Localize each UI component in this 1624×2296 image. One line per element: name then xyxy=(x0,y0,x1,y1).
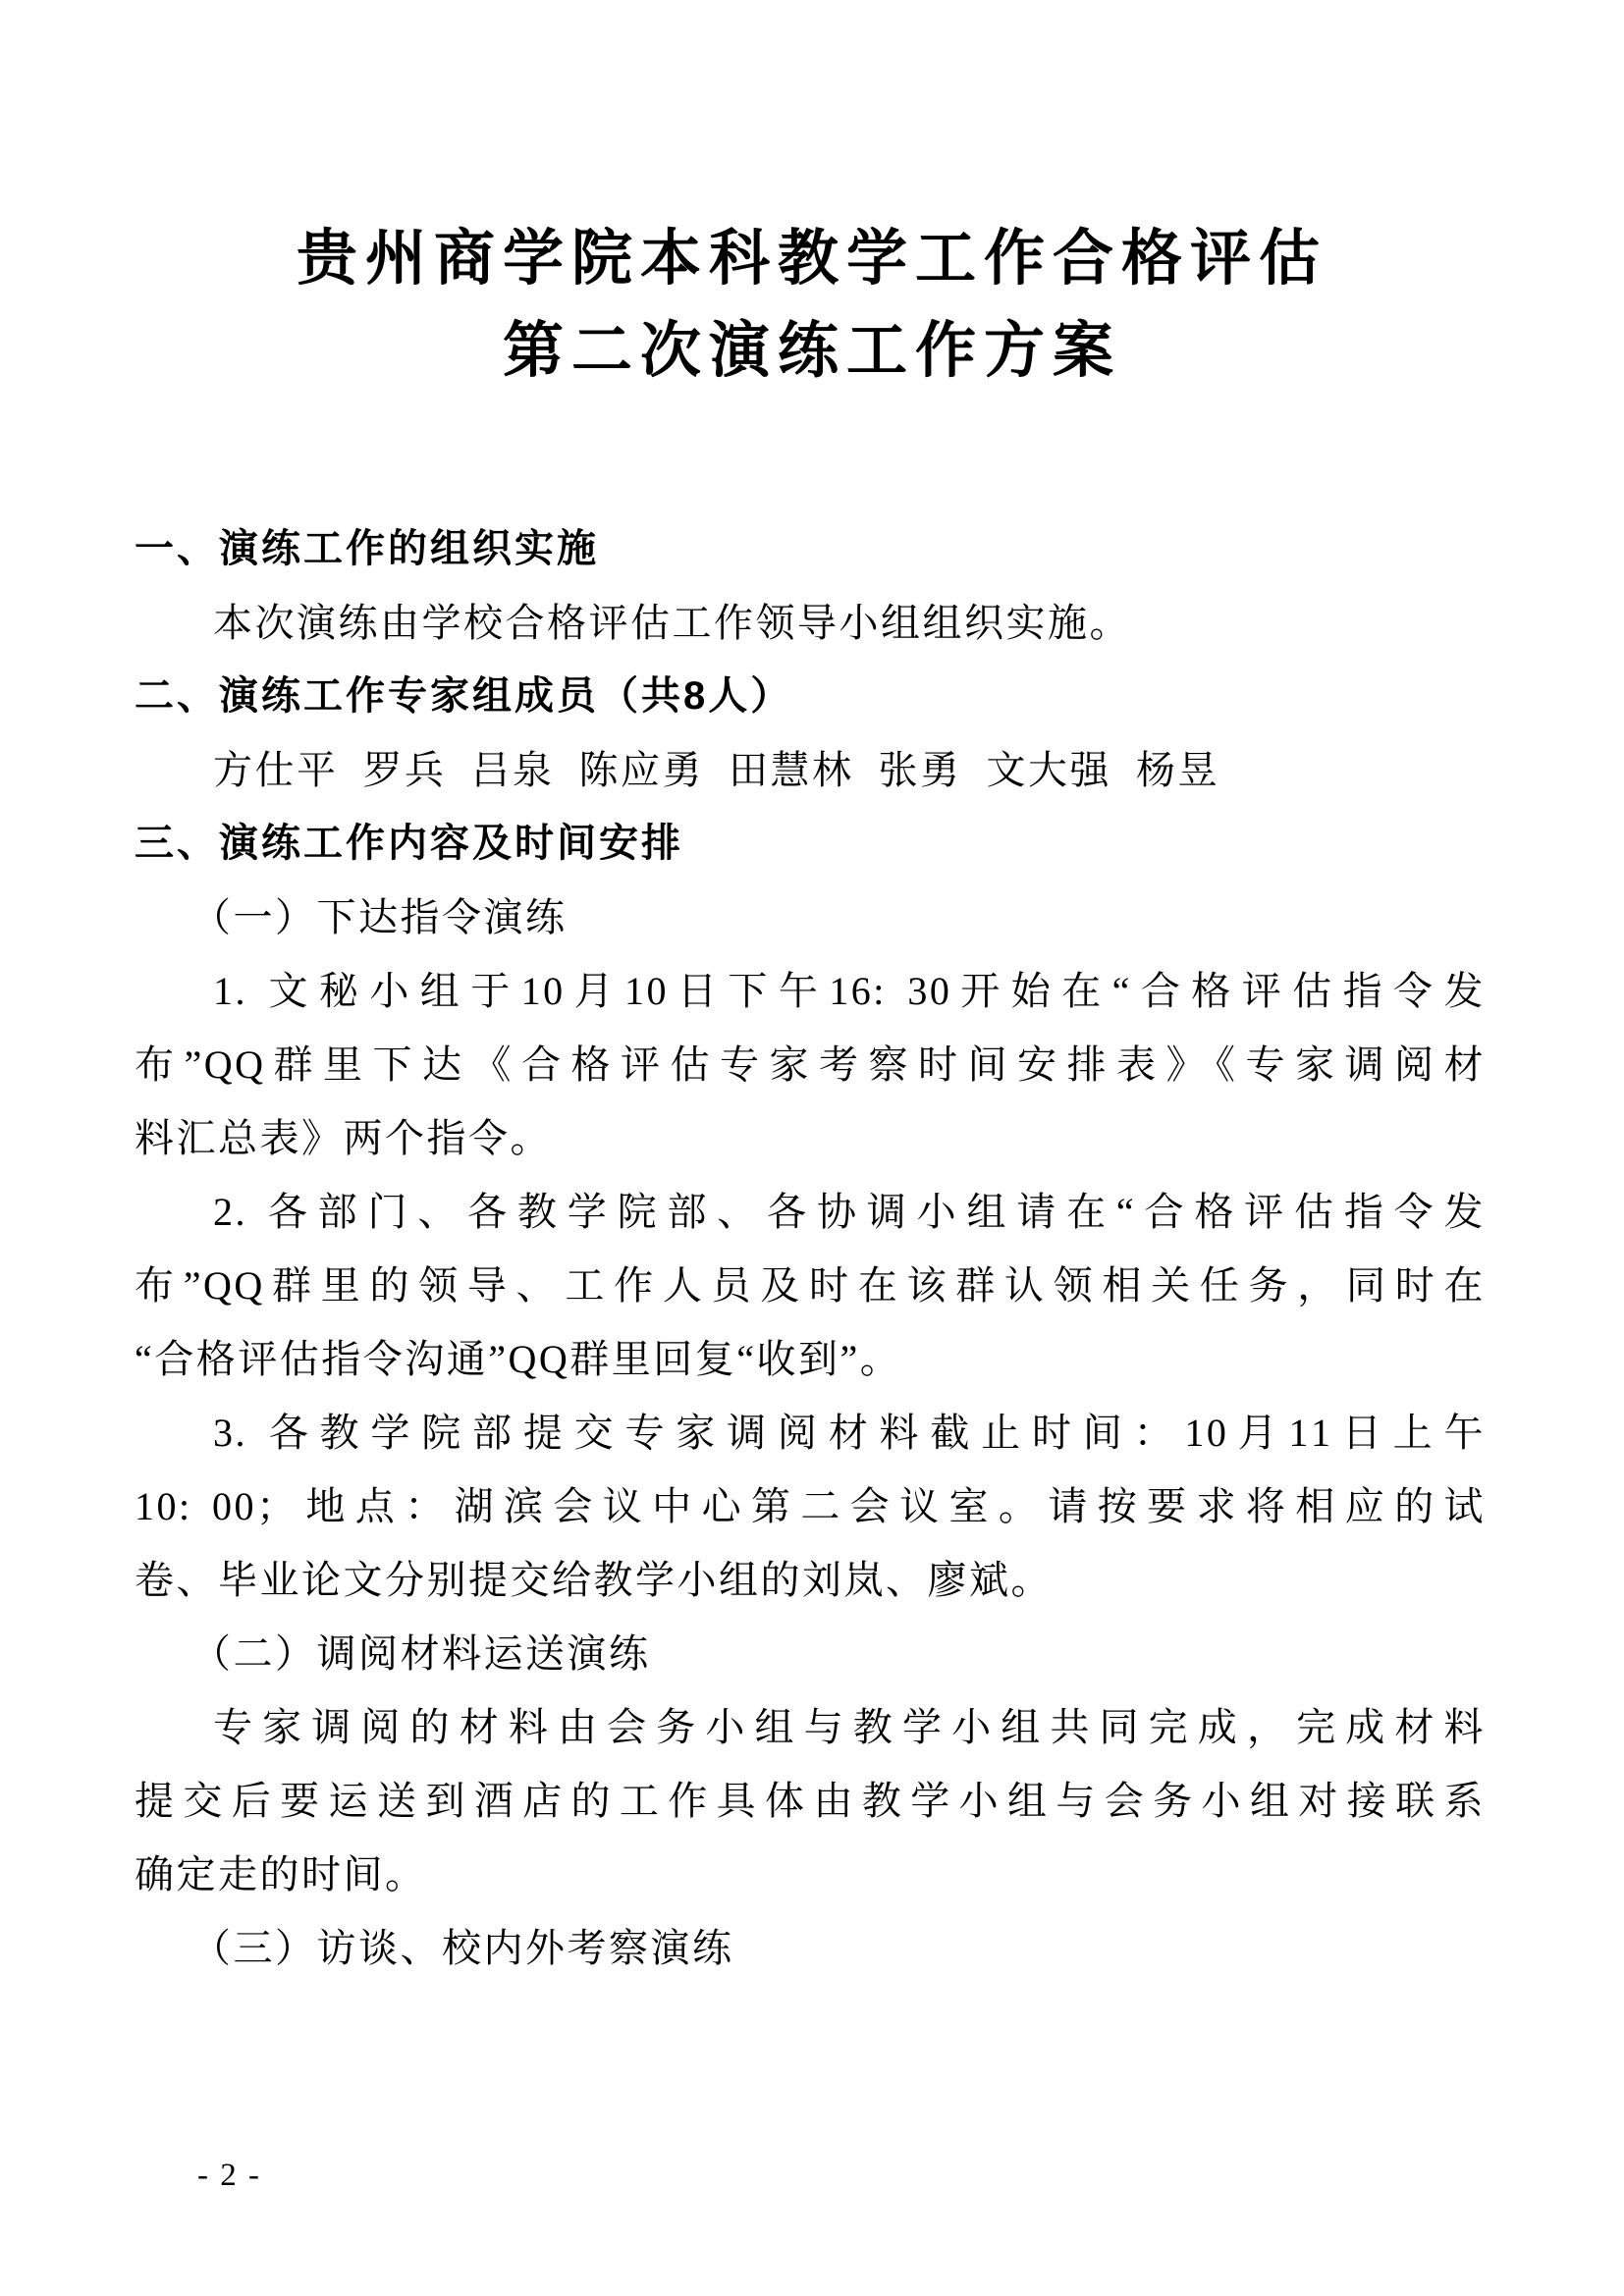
title-line-2: 第二次演练工作方案 xyxy=(0,305,1624,398)
paragraph-line: 10: 00；地点：湖滨会议中心第二会议室。请按要求将相应的试 xyxy=(135,1469,1486,1543)
page-number: - 2 - xyxy=(197,2156,261,2195)
section-heading-3: 三、演练工作内容及时间安排 xyxy=(135,807,1486,881)
document-page: 贵州商学院本科教学工作合格评估 第二次演练工作方案 一、演练工作的组织实施 本次… xyxy=(0,0,1624,2296)
subsection-heading-1: （一）下达指令演练 xyxy=(135,881,1486,954)
paragraph-line: 料汇总表》两个指令。 xyxy=(135,1101,1486,1175)
paragraph-line: 1. 文秘小组于10月10日下午16: 30开始在“合格评估指令发 xyxy=(135,954,1486,1028)
section-heading-2: 二、演练工作专家组成员（共8人） xyxy=(135,660,1486,733)
title-line-1: 贵州商学院本科教学工作合格评估 xyxy=(0,213,1624,305)
paragraph-line: 确定走的时间。 xyxy=(135,1838,1486,1911)
document-body: 一、演练工作的组织实施 本次演练由学校合格评估工作领导小组组织实施。 二、演练工… xyxy=(135,512,1486,1985)
document-title: 贵州商学院本科教学工作合格评估 第二次演练工作方案 xyxy=(0,213,1624,398)
paragraph-line: 布”QQ群里下达《合格评估专家考察时间安排表》《专家调阅材 xyxy=(135,1028,1486,1101)
expert-names-line: 方仕平 罗兵 吕泉 陈应勇 田慧林 张勇 文大强 杨昱 xyxy=(135,733,1486,807)
subsection-heading-2: （二）调阅材料运送演练 xyxy=(135,1617,1486,1690)
paragraph-line: 卷、毕业论文分别提交给教学小组的刘岚、廖斌。 xyxy=(135,1543,1486,1617)
paragraph-line: 专家调阅的材料由会务小组与教学小组共同完成，完成材料 xyxy=(135,1690,1486,1764)
paragraph-line: “合格评估指令沟通”QQ群里回复“收到”。 xyxy=(135,1322,1486,1396)
subsection-heading-3: （三）访谈、校内外考察演练 xyxy=(135,1911,1486,1985)
section-heading-1: 一、演练工作的组织实施 xyxy=(135,512,1486,586)
paragraph-line: 2. 各部门、各教学院部、各协调小组请在“合格评估指令发 xyxy=(135,1175,1486,1249)
paragraph-line: 3. 各教学院部提交专家调阅材料截止时间：10月11日上午 xyxy=(135,1396,1486,1469)
paragraph-line: 提交后要运送到酒店的工作具体由教学小组与会务小组对接联系 xyxy=(135,1764,1486,1838)
paragraph-line: 布”QQ群里的领导、工作人员及时在该群认领相关任务，同时在 xyxy=(135,1249,1486,1322)
paragraph-line: 本次演练由学校合格评估工作领导小组组织实施。 xyxy=(135,586,1486,660)
